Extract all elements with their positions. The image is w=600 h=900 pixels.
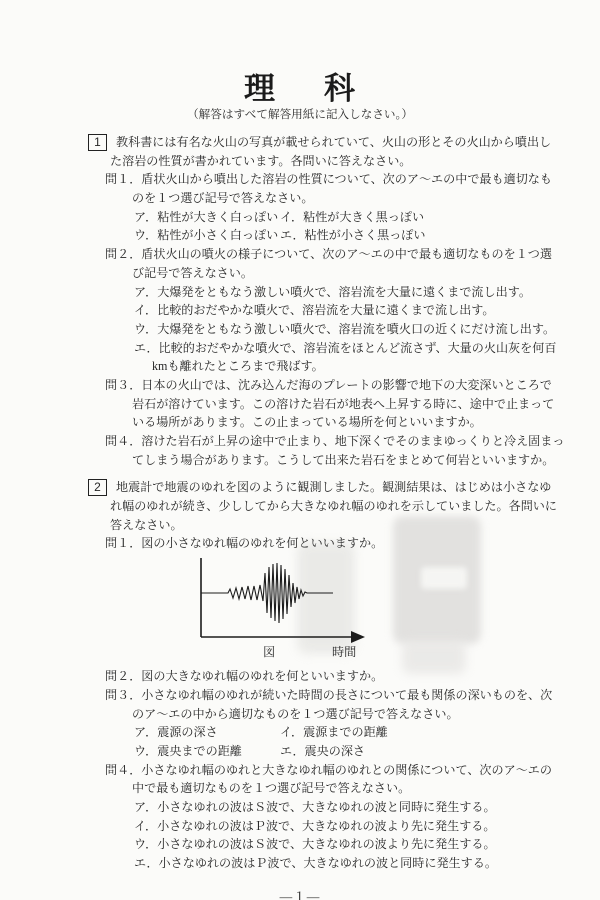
choice-label: ウ．震央までの距離 [134, 742, 280, 761]
choice-label: ア．震源の深さ [134, 723, 280, 742]
section-intro-line: れ幅のゆれが続き、少ししてから大きなゆれ幅のゆれを示していました。各問いに [110, 497, 600, 516]
choice-line: kmも離れたところまで飛ばす。 [152, 357, 600, 376]
choice-line: エ．小さなゆれの波はＰ波で、大きなゆれの波と同時に発生する。 [134, 854, 600, 873]
question-line: び記号で答えなさい。 [132, 264, 600, 283]
section-intro-line: た溶岩の性質が書かれています。各問いに答えなさい。 [110, 152, 600, 171]
x-axis-arrowhead-icon [351, 631, 365, 643]
section-intro-line: 2地震計で地震のゆれを図のように観測しました。観測結果は、はじめは小さなゆ [88, 478, 600, 497]
question-line: いる場所があります。この止まっている場所を何といいますか。 [132, 413, 600, 432]
question-line: 岩石が溶けています。この溶けた岩石が地表へ上昇する時に、途中で止まって [132, 395, 600, 414]
section-number-box: 2 [88, 479, 107, 496]
time-axis-label: 時間 [332, 645, 356, 660]
section-intro-line: 1教科書には有名な火山の写真が載せられていて、火山の形とその火山から噴出し [88, 133, 600, 152]
title-char-left: 理 [244, 72, 276, 105]
figure-seismogram: 図 時間 [193, 557, 378, 661]
question-line: 問３．小さなゆれ幅のゆれが続いた時間の長さについて最も関係の深いものを、次 [105, 686, 600, 705]
choice-line: エ．比較的おだやかな噴火で、溶岩流をほとんど流さず、大量の火山灰を何百 [134, 339, 600, 358]
sections-container: 1教科書には有名な火山の写真が載せられていて、火山の形とその火山から噴出した溶岩… [0, 133, 600, 873]
choice-line: ウ．大爆発をともなう激しい噴火で、溶岩流を噴火口の近くにだけ流し出す。 [134, 320, 600, 339]
exam-page: 理 科 （解答はすべて解答用紙に記入しなさい。） 1教科書には有名な火山の写真が… [0, 0, 600, 900]
choice-line: ア．大爆発をともなう激しい噴火で、溶岩流を大量に遠くまで流し出す。 [134, 283, 600, 302]
choice-label: ア．粘性が大きく白っぽい [134, 208, 280, 227]
choice-pair-line: ア．粘性が大きく白っぽいイ．粘性が大きく黒っぽい [134, 208, 600, 227]
choice-pair-line: ウ．粘性が小さく白っぽいエ．粘性が小さく黒っぽい [134, 226, 600, 245]
question-line: 問２．図の大きなゆれ幅のゆれを何といいますか。 [105, 667, 600, 686]
question-line: 問１．図の小さなゆれ幅のゆれを何といいますか。 [105, 534, 600, 553]
choice-line: イ．比較的おだやかな噴火で、溶岩流を大量に遠くまで流し出す。 [134, 301, 600, 320]
question-line: 問１．盾状火山から噴出した溶岩の性質について、次のア～エの中で最も適切なも [105, 170, 600, 189]
figure-caption: 図 [263, 645, 275, 660]
page-subtitle: （解答はすべて解答用紙に記入しなさい。） [0, 108, 600, 122]
choice-line: イ．小さなゆれの波はＰ波で、大きなゆれの波より先に発生する。 [134, 817, 600, 836]
section-intro-line: 答えなさい。 [110, 516, 600, 535]
choice-label: ウ．粘性が小さく白っぽい [134, 226, 280, 245]
section-1: 1教科書には有名な火山の写真が載せられていて、火山の形とその火山から噴出した溶岩… [0, 133, 600, 469]
choice-label: エ．震央の深さ [280, 744, 365, 758]
choice-pair-line: ウ．震央までの距離エ．震央の深さ [134, 742, 600, 761]
choice-line: ア．小さなゆれの波はＳ波で、大きなゆれの波と同時に発生する。 [134, 798, 600, 817]
page-number: —１— [0, 886, 600, 900]
section-intro-text: 地震計で地震のゆれを図のように観測しました。観測結果は、はじめは小さなゆ [116, 478, 551, 497]
section-number-box: 1 [88, 134, 107, 151]
question-line: 問３．日本の火山では、沈み込んだ海のプレートの影響で地下の大変深いところで [105, 376, 600, 395]
choice-label: イ．震源までの距離 [280, 725, 388, 739]
section-intro-text: 教科書には有名な火山の写真が載せられていて、火山の形とその火山から噴出し [116, 133, 551, 152]
figure-labels: 図 時間 [193, 645, 378, 661]
question-line: のを１つ選び記号で答えなさい。 [132, 189, 600, 208]
choice-line: ウ．小さなゆれの波はＳ波で、大きなゆれの波より先に発生する。 [134, 835, 600, 854]
question-line: 問４．溶けた岩石が上昇の途中で止まり、地下深くでそのままゆっくりと冷え固まっ [105, 432, 600, 451]
question-line: 問４．小さなゆれ幅のゆれと大きなゆれ幅のゆれとの関係について、次のア～エの [105, 761, 600, 780]
choice-label: エ．粘性が小さく黒っぽい [280, 228, 426, 242]
choice-pair-line: ア．震源の深さイ．震源までの距離 [134, 723, 600, 742]
title-char-right: 科 [324, 72, 356, 105]
choice-label: イ．粘性が大きく黒っぽい [280, 210, 424, 224]
question-line: てしまう場合があります。こうして出来た岩石をまとめて何岩といいますか。 [132, 451, 600, 470]
question-line: 中で最も適切なものを１つ選び記号で答えなさい。 [132, 779, 600, 798]
page-title: 理 科 [0, 72, 600, 105]
seismogram-trace [201, 563, 333, 623]
question-line: 問２．盾状火山の噴火の様子について、次のア～エの中で最も適切なものを１つ選 [105, 245, 600, 264]
question-line: のア～エの中から適切なものを１つ選び記号で答えなさい。 [132, 705, 600, 724]
seismogram-svg [193, 557, 378, 645]
section-2: 2地震計で地震のゆれを図のように観測しました。観測結果は、はじめは小さなゆれ幅の… [0, 478, 600, 872]
